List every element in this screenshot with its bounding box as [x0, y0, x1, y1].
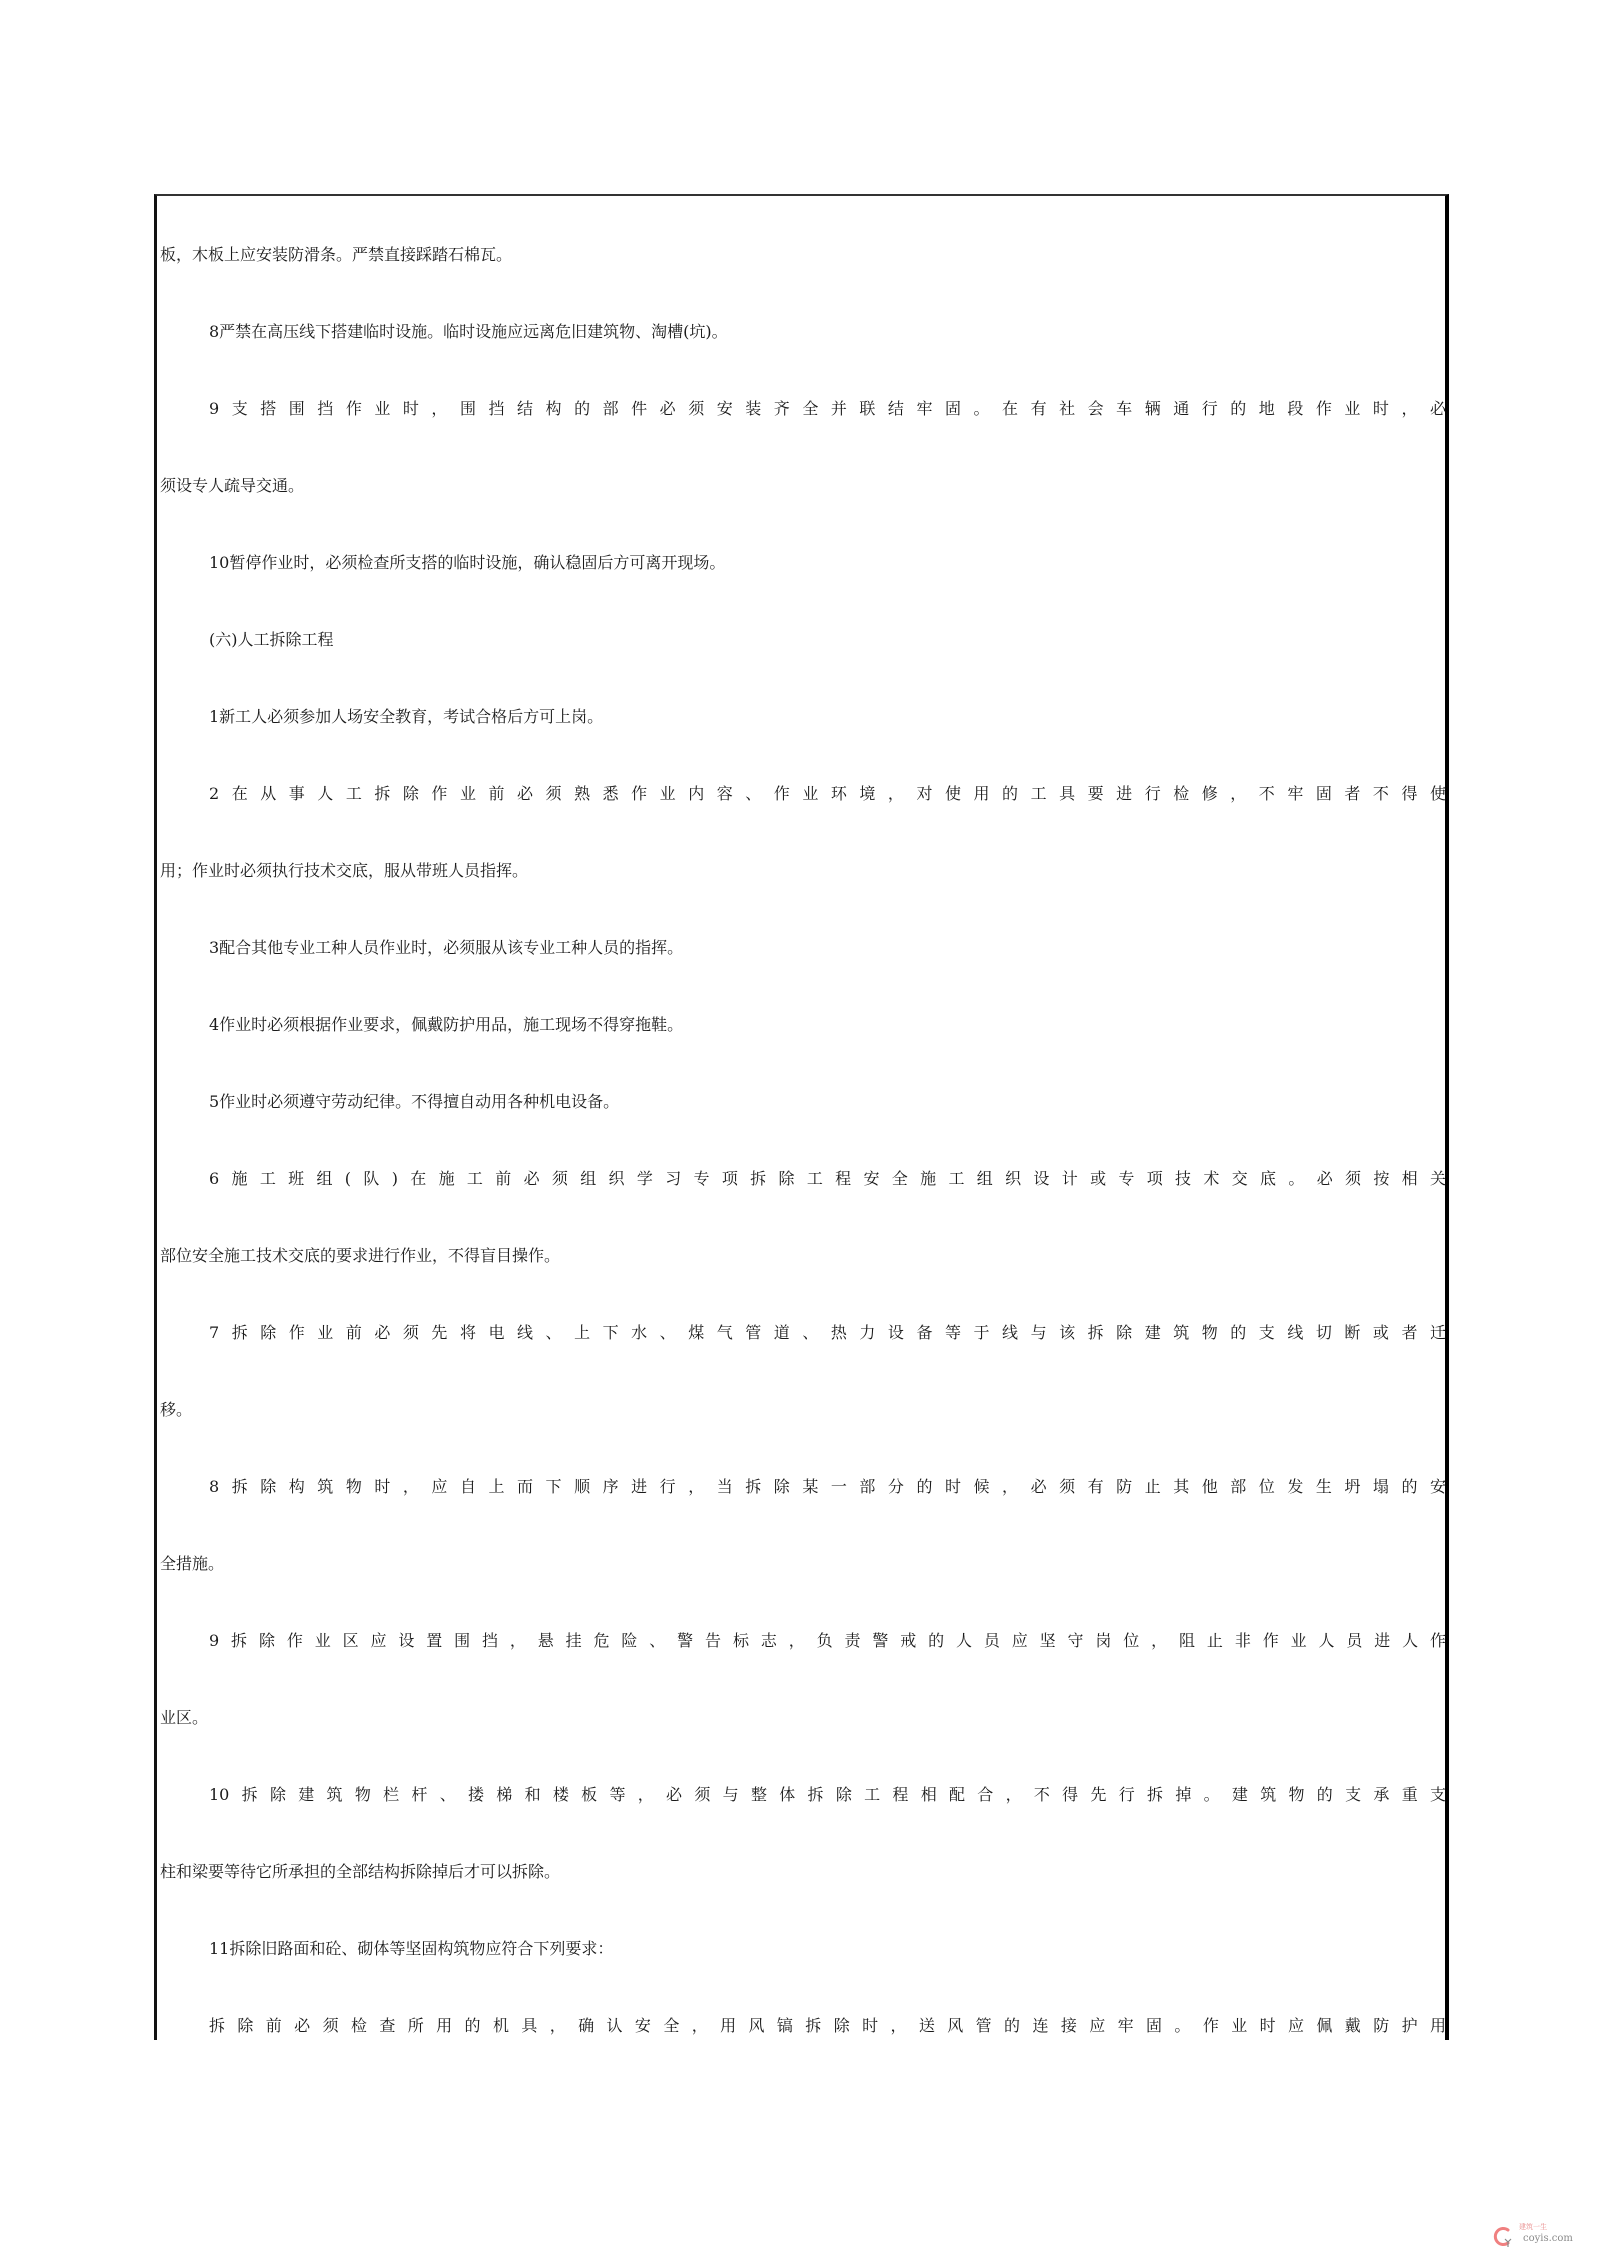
- watermark-cn-text: 建筑一生: [1519, 2222, 1547, 2232]
- text-line: 10暂停作业时，必须检查所支搭的临时设施，确认稳固后方可离开现场。: [160, 524, 1446, 601]
- watermark-domain-text: coyis.com: [1523, 2233, 1573, 2244]
- text-line: 用；作业时必须执行技术交底，服从带班人员指挥。: [160, 832, 1446, 909]
- text-line: 8严禁在高压线下搭建临时设施。临时设施应远离危旧建筑物、淘槽(坑)。: [160, 293, 1446, 370]
- text-line: 拆除前必须检查所用的机具，确认安全，用风镐拆除时，送风管的连接应牢固。作业时应佩…: [160, 1987, 1446, 2064]
- cy-logo-icon: [1493, 2226, 1515, 2248]
- text-line: 2在从事人工拆除作业前必须熟悉作业内容、作业环境，对使用的工具要进行检修，不牢固…: [160, 755, 1446, 832]
- text-line: 全措施。: [160, 1525, 1446, 1602]
- text-line: 6施工班组(队)在施工前必须组织学习专项拆除工程安全施工组织设计或专项技术交底。…: [160, 1140, 1446, 1217]
- watermark: 建筑一生 coyis.com: [1493, 2222, 1593, 2256]
- text-line: 板，木板上应安装防滑条。严禁直接踩踏石棉瓦。: [160, 216, 1446, 293]
- section-heading: (六)人工拆除工程: [160, 601, 1446, 678]
- text-line: 8拆除构筑物时，应自上而下顺序进行，当拆除某一部分的时候，必须有防止其他部位发生…: [160, 1448, 1446, 1525]
- text-line: 3配合其他专业工种人员作业时，必须服从该专业工种人员的指挥。: [160, 909, 1446, 986]
- document-table-cell: 板，木板上应安装防滑条。严禁直接踩踏石棉瓦。 8严禁在高压线下搭建临时设施。临时…: [154, 194, 1449, 2040]
- text-line: 移。: [160, 1371, 1446, 1448]
- text-line: 10拆除建筑物栏杆、搂梯和楼板等，必须与整体拆除工程相配合，不得先行拆掉。建筑物…: [160, 1756, 1446, 1833]
- text-line: 11拆除旧路面和砼、砌体等坚固构筑物应符合下列要求：: [160, 1910, 1446, 1987]
- text-line: 部位安全施工技术交底的要求进行作业，不得盲目操作。: [160, 1217, 1446, 1294]
- text-line: 9拆除作业区应设置围挡，悬挂危险、警告标志，负责警戒的人员应坚守岗位，阻止非作业…: [160, 1602, 1446, 1679]
- text-line: 柱和梁要等待它所承担的全部结构拆除掉后才可以拆除。: [160, 1833, 1446, 1910]
- text-line: 9支搭围挡作业时，围挡结构的部件必须安装齐全并联结牢固。在有社会车辆通行的地段作…: [160, 370, 1446, 447]
- text-line: 须设专人疏导交通。: [160, 447, 1446, 524]
- text-line: 4作业时必须根据作业要求，佩戴防护用品，施工现场不得穿拖鞋。: [160, 986, 1446, 1063]
- text-line: 业区。: [160, 1679, 1446, 1756]
- text-line: 1新工人必须参加人场安全教育，考试合格后方可上岗。: [160, 678, 1446, 755]
- text-line: 7拆除作业前必须先将电线、上下水、煤气管道、热力设备等于线与该拆除建筑物的支线切…: [160, 1294, 1446, 1371]
- text-line: 5作业时必须遵守劳动纪律。不得擅自动用各种机电设备。: [160, 1063, 1446, 1140]
- document-body: 板，木板上应安装防滑条。严禁直接踩踏石棉瓦。 8严禁在高压线下搭建临时设施。临时…: [160, 216, 1446, 2064]
